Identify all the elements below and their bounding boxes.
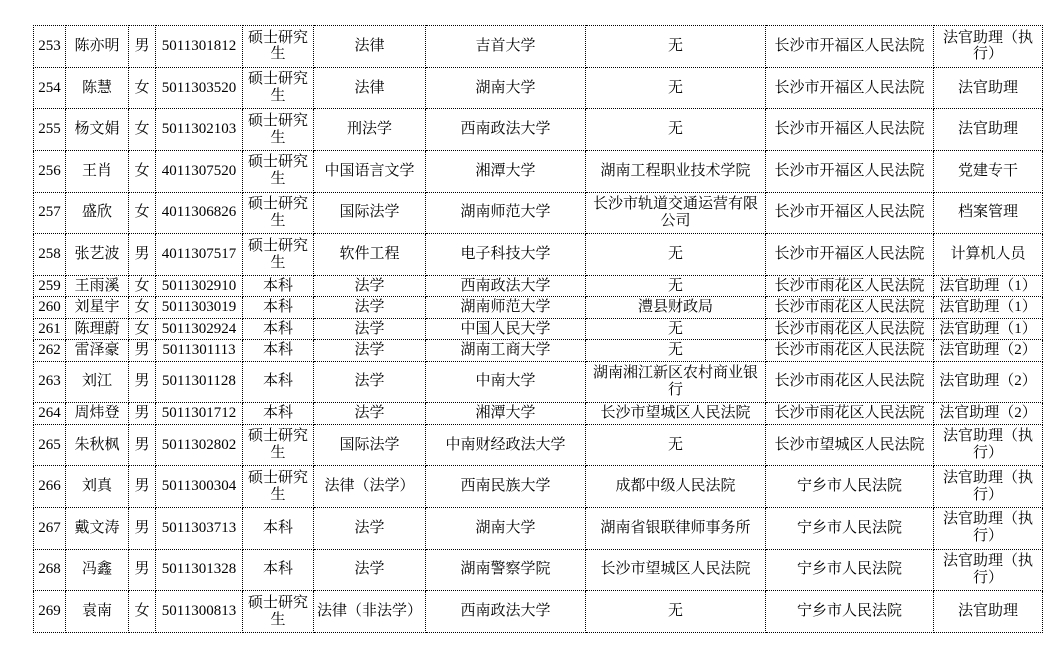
cell-major: 法学 bbox=[314, 403, 426, 424]
cell-current-unit: 湖南省银联律师事务所 bbox=[586, 507, 766, 549]
cell-gender: 女 bbox=[129, 591, 156, 633]
cell-court: 长沙市雨花区人民法院 bbox=[766, 361, 934, 403]
cell-education: 本科 bbox=[243, 297, 314, 318]
cell-current-unit: 无 bbox=[586, 234, 766, 276]
cell-education: 硕士研究生 bbox=[243, 26, 314, 68]
cell-gender: 男 bbox=[129, 403, 156, 424]
cell-school: 中国人民大学 bbox=[426, 318, 586, 339]
cell-school: 西南政法大学 bbox=[426, 109, 586, 151]
cell-position: 法官助理（1） bbox=[934, 297, 1043, 318]
cell-exam-no: 4011307520 bbox=[156, 150, 243, 192]
cell-school: 西南政法大学 bbox=[426, 591, 586, 633]
cell-name: 刘真 bbox=[66, 466, 129, 508]
cell-current-unit: 无 bbox=[586, 109, 766, 151]
cell-education: 硕士研究生 bbox=[243, 67, 314, 109]
cell-gender: 女 bbox=[129, 67, 156, 109]
cell-court: 长沙市雨花区人民法院 bbox=[766, 340, 934, 361]
cell-gender: 女 bbox=[129, 150, 156, 192]
cell-education: 硕士研究生 bbox=[243, 424, 314, 466]
cell-current-unit: 无 bbox=[586, 424, 766, 466]
cell-education: 硕士研究生 bbox=[243, 591, 314, 633]
table-row: 266刘真男5011300304硕士研究生法律（法学）西南民族大学成都中级人民法… bbox=[34, 466, 1043, 508]
table-row: 264周炜登男5011301712本科法学湘潭大学长沙市望城区人民法院长沙市雨花… bbox=[34, 403, 1043, 424]
table-row: 261陈理蔚女5011302924本科法学中国人民大学无长沙市雨花区人民法院法官… bbox=[34, 318, 1043, 339]
table-row: 263刘江男5011301128本科法学中南大学湖南湘江新区农村商业银行长沙市雨… bbox=[34, 361, 1043, 403]
cell-exam-no: 5011303520 bbox=[156, 67, 243, 109]
cell-current-unit: 无 bbox=[586, 318, 766, 339]
cell-exam-no: 5011301712 bbox=[156, 403, 243, 424]
cell-name: 戴文涛 bbox=[66, 507, 129, 549]
cell-school: 湖南工商大学 bbox=[426, 340, 586, 361]
cell-position: 法官助理（执行） bbox=[934, 507, 1043, 549]
cell-exam-no: 5011301113 bbox=[156, 340, 243, 361]
cell-school: 湖南大学 bbox=[426, 67, 586, 109]
cell-education: 本科 bbox=[243, 340, 314, 361]
cell-education: 硕士研究生 bbox=[243, 109, 314, 151]
cell-gender: 女 bbox=[129, 192, 156, 234]
cell-current-unit: 无 bbox=[586, 275, 766, 296]
document-page: 253陈亦明男5011301812硕士研究生法律吉首大学无长沙市开福区人民法院法… bbox=[0, 0, 1063, 660]
cell-school: 中南财经政法大学 bbox=[426, 424, 586, 466]
cell-position: 法官助理（2） bbox=[934, 340, 1043, 361]
cell-position: 计算机人员 bbox=[934, 234, 1043, 276]
cell-seq: 266 bbox=[34, 466, 66, 508]
cell-exam-no: 4011307517 bbox=[156, 234, 243, 276]
cell-major: 法律 bbox=[314, 67, 426, 109]
cell-major: 刑法学 bbox=[314, 109, 426, 151]
table-row: 262雷泽豪男5011301113本科法学湖南工商大学无长沙市雨花区人民法院法官… bbox=[34, 340, 1043, 361]
cell-seq: 261 bbox=[34, 318, 66, 339]
cell-education: 本科 bbox=[243, 361, 314, 403]
cell-position: 党建专干 bbox=[934, 150, 1043, 192]
cell-school: 湘潭大学 bbox=[426, 403, 586, 424]
cell-position: 法官助理（执行） bbox=[934, 26, 1043, 68]
cell-education: 本科 bbox=[243, 507, 314, 549]
cell-position: 法官助理（1） bbox=[934, 318, 1043, 339]
cell-gender: 男 bbox=[129, 549, 156, 591]
cell-exam-no: 5011302802 bbox=[156, 424, 243, 466]
table-row: 255杨文娟女5011302103硕士研究生刑法学西南政法大学无长沙市开福区人民… bbox=[34, 109, 1043, 151]
cell-position: 法官助理（1） bbox=[934, 275, 1043, 296]
table-row: 269袁南女5011300813硕士研究生法律（非法学）西南政法大学无宁乡市人民… bbox=[34, 591, 1043, 633]
cell-school: 湖南警察学院 bbox=[426, 549, 586, 591]
cell-name: 王肖 bbox=[66, 150, 129, 192]
cell-school: 西南政法大学 bbox=[426, 275, 586, 296]
table-row: 260刘星宇女5011303019本科法学湖南师范大学澧县财政局长沙市雨花区人民… bbox=[34, 297, 1043, 318]
cell-court: 宁乡市人民法院 bbox=[766, 466, 934, 508]
cell-major: 法律（非法学） bbox=[314, 591, 426, 633]
table-row: 258张艺波男4011307517硕士研究生软件工程电子科技大学无长沙市开福区人… bbox=[34, 234, 1043, 276]
cell-name: 刘江 bbox=[66, 361, 129, 403]
cell-exam-no: 4011306826 bbox=[156, 192, 243, 234]
cell-name: 王雨溪 bbox=[66, 275, 129, 296]
cell-major: 法学 bbox=[314, 507, 426, 549]
cell-gender: 男 bbox=[129, 361, 156, 403]
cell-education: 本科 bbox=[243, 275, 314, 296]
cell-name: 盛欣 bbox=[66, 192, 129, 234]
cell-name: 冯鑫 bbox=[66, 549, 129, 591]
cell-major: 中国语言文学 bbox=[314, 150, 426, 192]
cell-name: 袁南 bbox=[66, 591, 129, 633]
cell-position: 法官助理 bbox=[934, 67, 1043, 109]
cell-position: 法官助理（执行） bbox=[934, 424, 1043, 466]
cell-major: 国际法学 bbox=[314, 424, 426, 466]
cell-education: 本科 bbox=[243, 549, 314, 591]
cell-seq: 264 bbox=[34, 403, 66, 424]
table-row: 268冯鑫男5011301328本科法学湖南警察学院长沙市望城区人民法院宁乡市人… bbox=[34, 549, 1043, 591]
cell-school: 电子科技大学 bbox=[426, 234, 586, 276]
cell-name: 杨文娟 bbox=[66, 109, 129, 151]
table-row: 265朱秋枫男5011302802硕士研究生国际法学中南财经政法大学无长沙市望城… bbox=[34, 424, 1043, 466]
cell-education: 本科 bbox=[243, 403, 314, 424]
cell-court: 长沙市开福区人民法院 bbox=[766, 234, 934, 276]
cell-exam-no: 5011301812 bbox=[156, 26, 243, 68]
cell-position: 法官助理 bbox=[934, 591, 1043, 633]
cell-exam-no: 5011302103 bbox=[156, 109, 243, 151]
table-row: 256王肖女4011307520硕士研究生中国语言文学湘潭大学湖南工程职业技术学… bbox=[34, 150, 1043, 192]
cell-school: 湘潭大学 bbox=[426, 150, 586, 192]
table-body: 253陈亦明男5011301812硕士研究生法律吉首大学无长沙市开福区人民法院法… bbox=[34, 26, 1043, 633]
cell-court: 长沙市望城区人民法院 bbox=[766, 424, 934, 466]
cell-seq: 254 bbox=[34, 67, 66, 109]
cell-court: 长沙市开福区人民法院 bbox=[766, 150, 934, 192]
cell-seq: 265 bbox=[34, 424, 66, 466]
cell-court: 长沙市雨花区人民法院 bbox=[766, 297, 934, 318]
cell-major: 法学 bbox=[314, 340, 426, 361]
cell-current-unit: 长沙市轨道交通运营有限公司 bbox=[586, 192, 766, 234]
cell-education: 硕士研究生 bbox=[243, 466, 314, 508]
cell-gender: 男 bbox=[129, 466, 156, 508]
cell-exam-no: 5011302910 bbox=[156, 275, 243, 296]
cell-education: 硕士研究生 bbox=[243, 234, 314, 276]
cell-school: 西南民族大学 bbox=[426, 466, 586, 508]
cell-exam-no: 5011300813 bbox=[156, 591, 243, 633]
cell-name: 朱秋枫 bbox=[66, 424, 129, 466]
cell-court: 长沙市开福区人民法院 bbox=[766, 67, 934, 109]
cell-exam-no: 5011301328 bbox=[156, 549, 243, 591]
cell-school: 中南大学 bbox=[426, 361, 586, 403]
cell-court: 长沙市开福区人民法院 bbox=[766, 192, 934, 234]
cell-gender: 男 bbox=[129, 26, 156, 68]
cell-name: 张艺波 bbox=[66, 234, 129, 276]
cell-gender: 男 bbox=[129, 234, 156, 276]
cell-school: 湖南师范大学 bbox=[426, 297, 586, 318]
cell-current-unit: 湖南工程职业技术学院 bbox=[586, 150, 766, 192]
cell-exam-no: 5011303019 bbox=[156, 297, 243, 318]
cell-court: 长沙市开福区人民法院 bbox=[766, 109, 934, 151]
cell-gender: 女 bbox=[129, 297, 156, 318]
cell-major: 法学 bbox=[314, 318, 426, 339]
cell-name: 陈理蔚 bbox=[66, 318, 129, 339]
cell-position: 法官助理（执行） bbox=[934, 549, 1043, 591]
cell-seq: 268 bbox=[34, 549, 66, 591]
cell-seq: 269 bbox=[34, 591, 66, 633]
cell-gender: 女 bbox=[129, 109, 156, 151]
cell-position: 档案管理 bbox=[934, 192, 1043, 234]
table-row: 257盛欣女4011306826硕士研究生国际法学湖南师范大学长沙市轨道交通运营… bbox=[34, 192, 1043, 234]
cell-education: 硕士研究生 bbox=[243, 192, 314, 234]
cell-current-unit: 无 bbox=[586, 26, 766, 68]
cell-seq: 262 bbox=[34, 340, 66, 361]
cell-seq: 256 bbox=[34, 150, 66, 192]
cell-seq: 257 bbox=[34, 192, 66, 234]
cell-name: 陈亦明 bbox=[66, 26, 129, 68]
cell-major: 法学 bbox=[314, 361, 426, 403]
cell-seq: 253 bbox=[34, 26, 66, 68]
cell-school: 湖南师范大学 bbox=[426, 192, 586, 234]
cell-current-unit: 长沙市望城区人民法院 bbox=[586, 403, 766, 424]
table-row: 267戴文涛男5011303713本科法学湖南大学湖南省银联律师事务所宁乡市人民… bbox=[34, 507, 1043, 549]
cell-current-unit: 无 bbox=[586, 591, 766, 633]
cell-gender: 女 bbox=[129, 275, 156, 296]
table-row: 253陈亦明男5011301812硕士研究生法律吉首大学无长沙市开福区人民法院法… bbox=[34, 26, 1043, 68]
cell-seq: 267 bbox=[34, 507, 66, 549]
cell-current-unit: 长沙市望城区人民法院 bbox=[586, 549, 766, 591]
cell-seq: 255 bbox=[34, 109, 66, 151]
cell-major: 软件工程 bbox=[314, 234, 426, 276]
cell-major: 国际法学 bbox=[314, 192, 426, 234]
cell-court: 长沙市雨花区人民法院 bbox=[766, 318, 934, 339]
cell-name: 刘星宇 bbox=[66, 297, 129, 318]
cell-court: 长沙市开福区人民法院 bbox=[766, 26, 934, 68]
recruitment-roster-table: 253陈亦明男5011301812硕士研究生法律吉首大学无长沙市开福区人民法院法… bbox=[33, 25, 1043, 633]
cell-name: 周炜登 bbox=[66, 403, 129, 424]
cell-major: 法律 bbox=[314, 26, 426, 68]
cell-seq: 263 bbox=[34, 361, 66, 403]
cell-position: 法官助理 bbox=[934, 109, 1043, 151]
cell-exam-no: 5011300304 bbox=[156, 466, 243, 508]
cell-exam-no: 5011302924 bbox=[156, 318, 243, 339]
cell-seq: 260 bbox=[34, 297, 66, 318]
cell-current-unit: 成都中级人民法院 bbox=[586, 466, 766, 508]
cell-position: 法官助理（2） bbox=[934, 403, 1043, 424]
cell-major: 法律（法学） bbox=[314, 466, 426, 508]
cell-name: 雷泽豪 bbox=[66, 340, 129, 361]
cell-gender: 女 bbox=[129, 318, 156, 339]
cell-gender: 男 bbox=[129, 424, 156, 466]
cell-seq: 258 bbox=[34, 234, 66, 276]
cell-education: 本科 bbox=[243, 318, 314, 339]
cell-court: 长沙市雨花区人民法院 bbox=[766, 403, 934, 424]
cell-name: 陈慧 bbox=[66, 67, 129, 109]
cell-position: 法官助理（2） bbox=[934, 361, 1043, 403]
cell-current-unit: 无 bbox=[586, 67, 766, 109]
cell-court: 宁乡市人民法院 bbox=[766, 591, 934, 633]
cell-exam-no: 5011303713 bbox=[156, 507, 243, 549]
cell-school: 吉首大学 bbox=[426, 26, 586, 68]
cell-current-unit: 澧县财政局 bbox=[586, 297, 766, 318]
cell-gender: 男 bbox=[129, 507, 156, 549]
cell-major: 法学 bbox=[314, 297, 426, 318]
cell-major: 法学 bbox=[314, 549, 426, 591]
cell-gender: 男 bbox=[129, 340, 156, 361]
table-row: 259王雨溪女5011302910本科法学西南政法大学无长沙市雨花区人民法院法官… bbox=[34, 275, 1043, 296]
cell-seq: 259 bbox=[34, 275, 66, 296]
cell-major: 法学 bbox=[314, 275, 426, 296]
cell-position: 法官助理（执行） bbox=[934, 466, 1043, 508]
cell-education: 硕士研究生 bbox=[243, 150, 314, 192]
cell-current-unit: 湖南湘江新区农村商业银行 bbox=[586, 361, 766, 403]
table-row: 254陈慧女5011303520硕士研究生法律湖南大学无长沙市开福区人民法院法官… bbox=[34, 67, 1043, 109]
cell-exam-no: 5011301128 bbox=[156, 361, 243, 403]
cell-court: 宁乡市人民法院 bbox=[766, 507, 934, 549]
cell-school: 湖南大学 bbox=[426, 507, 586, 549]
cell-current-unit: 无 bbox=[586, 340, 766, 361]
cell-court: 长沙市雨花区人民法院 bbox=[766, 275, 934, 296]
cell-court: 宁乡市人民法院 bbox=[766, 549, 934, 591]
